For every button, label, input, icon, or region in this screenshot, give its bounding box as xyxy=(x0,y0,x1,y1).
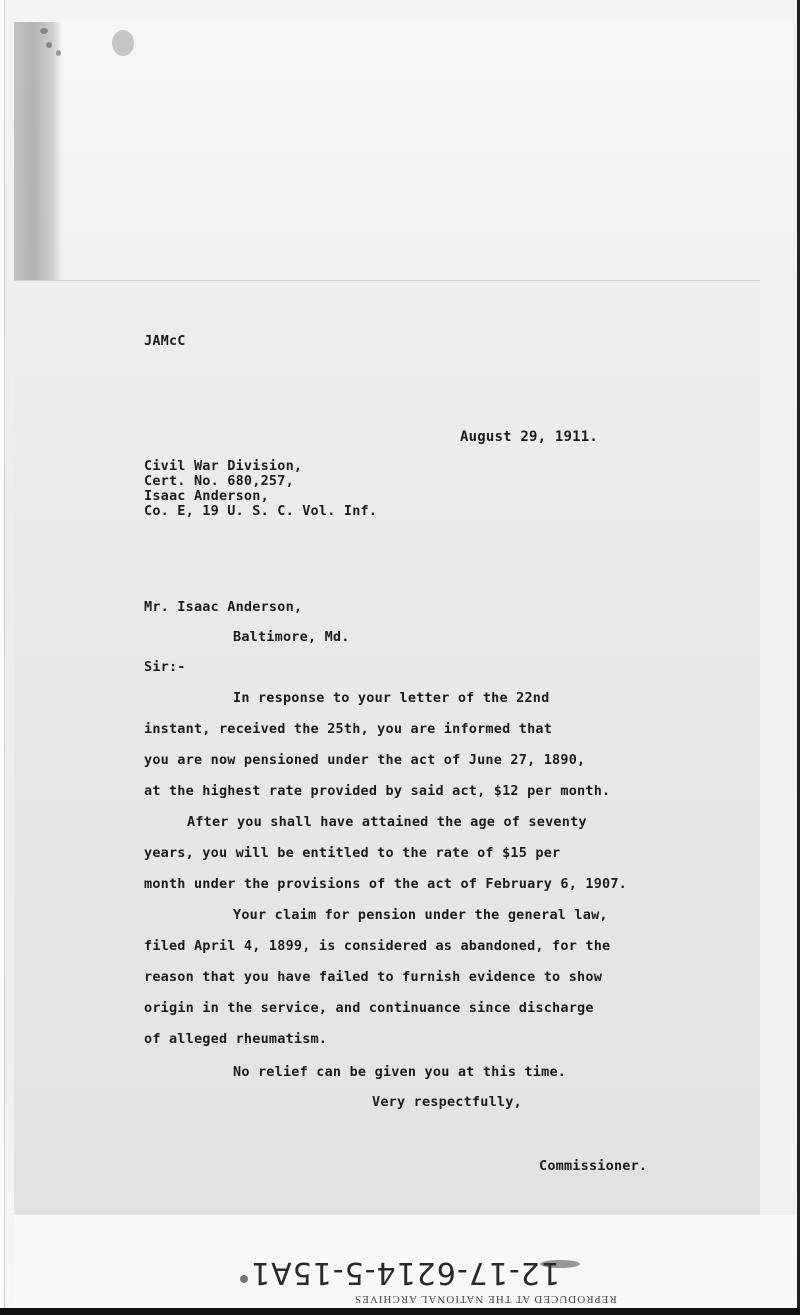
file-header-line: Co. E, 19 U. S. C. Vol. Inf. xyxy=(144,503,377,519)
scanned-page: JAMcC August 29, 1911. Civil War Divisio… xyxy=(0,0,800,1315)
addressee-name: Mr. Isaac Anderson, xyxy=(144,599,302,615)
body-line: of alleged rheumatism. xyxy=(144,1031,327,1047)
smudge xyxy=(240,1275,248,1283)
smudge xyxy=(46,42,52,48)
signature: Commissioner. xyxy=(539,1158,647,1174)
body-line: After you shall have attained the age of… xyxy=(187,814,587,830)
body-line: No relief can be given you at this time. xyxy=(233,1064,566,1080)
file-header-line: Civil War Division, xyxy=(144,458,302,474)
smudge xyxy=(56,50,61,56)
bottom-edge xyxy=(0,1308,800,1315)
salutation: Sir:- xyxy=(144,659,186,675)
handwritten-file-number: 12-17-6214-5-15A1 xyxy=(250,1255,560,1290)
body-line: In response to your letter of the 22nd xyxy=(233,690,549,706)
sheet-right-margin xyxy=(760,280,796,1215)
letter-date: August 29, 1911. xyxy=(460,429,598,445)
body-line: month under the provisions of the act of… xyxy=(144,876,627,892)
body-line: origin in the service, and continuance s… xyxy=(144,1000,594,1016)
body-line: reason that you have failed to furnish e… xyxy=(144,969,602,985)
body-line: Your claim for pension under the general… xyxy=(233,907,608,923)
left-edge xyxy=(0,0,5,1315)
smudge xyxy=(40,28,48,34)
closing: Very respectfully, xyxy=(372,1094,522,1110)
body-line: years, you will be entitled to the rate … xyxy=(144,845,560,861)
file-header-line: Isaac Anderson, xyxy=(144,488,269,504)
archives-stamp: REPRODUCED AT THE NATIONAL ARCHIVES xyxy=(354,1293,617,1305)
body-line: at the highest rate provided by said act… xyxy=(144,783,610,799)
file-header-line: Cert. No. 680,257, xyxy=(144,473,294,489)
body-line: instant, received the 25th, you are info… xyxy=(144,721,552,737)
upper-paper-region xyxy=(14,22,794,280)
addressee-location: Baltimore, Md. xyxy=(233,629,350,645)
body-line: you are now pensioned under the act of J… xyxy=(144,752,585,768)
smudge xyxy=(112,30,134,56)
body-line: filed April 4, 1899, is considered as ab… xyxy=(144,938,610,954)
reference-initials: JAMcC xyxy=(144,333,186,349)
